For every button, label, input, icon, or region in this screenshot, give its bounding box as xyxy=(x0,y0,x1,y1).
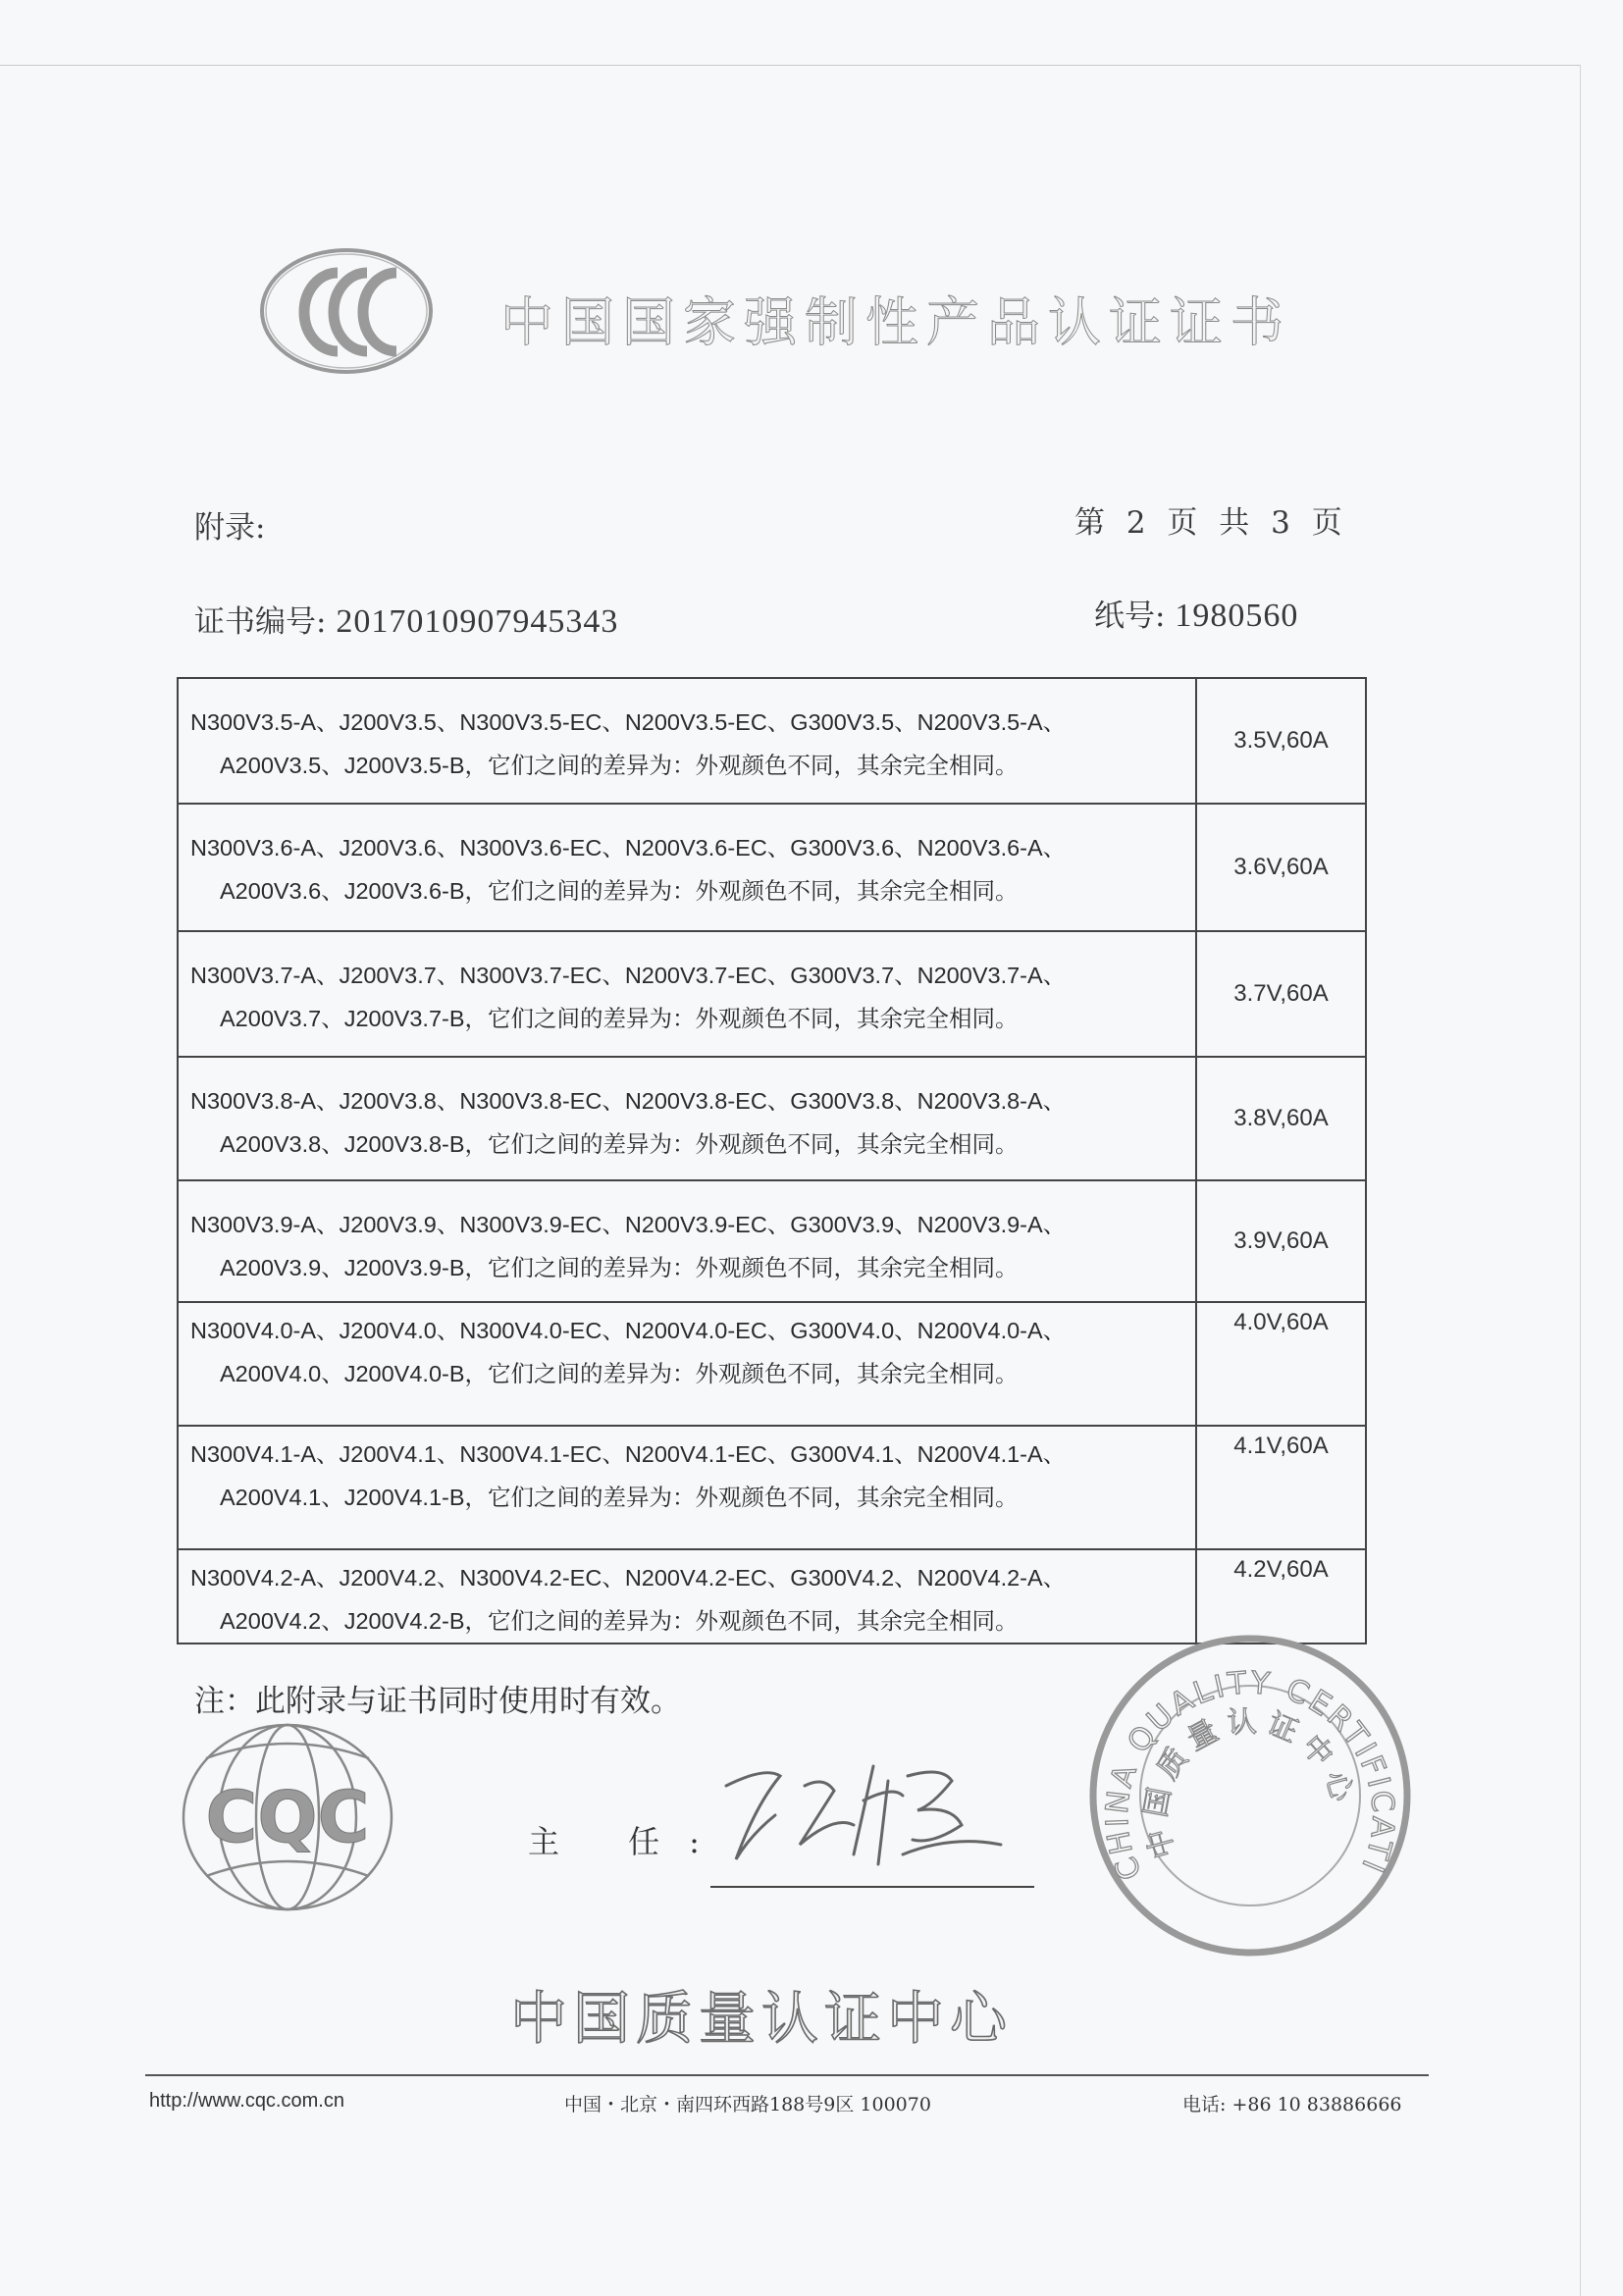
scan-border-right xyxy=(1580,65,1581,2296)
certificate-number: 证书编号: 2017010907945343 xyxy=(194,597,618,641)
paper-number: 纸号: 1980560 xyxy=(1094,591,1298,635)
cqc-logo-text: CQC xyxy=(206,1776,370,1858)
cqc-logo-icon: CQC xyxy=(177,1719,398,1915)
footer-url-link[interactable]: http://www.cqc.com.cn xyxy=(149,2090,344,2113)
organization-name: 中国质量认证中心 xyxy=(510,1972,1013,2055)
model-description-cell: N300V4.1-A、J200V4.1、N300V4.1-EC、N200V4.1… xyxy=(178,1426,1196,1549)
model-description-cell: N300V3.9-A、J200V3.9、N300V3.9-EC、N200V3.9… xyxy=(178,1180,1196,1302)
rating-cell: 4.0V,60A xyxy=(1196,1302,1366,1426)
model-list-line: N300V3.8-A、J200V3.8、N300V3.8-EC、N200V3.8… xyxy=(190,1079,1066,1122)
signature-line xyxy=(710,1886,1034,1888)
model-list-line: N300V3.9-A、J200V3.9、N300V3.9-EC、N200V3.9… xyxy=(190,1203,1066,1246)
difference-note-line: A200V4.0、J200V4.0-B，它们之间的差异为：外观颜色不同，其余完全… xyxy=(190,1352,1019,1395)
rating-cell: 3.7V,60A xyxy=(1196,931,1366,1057)
rating-cell: 3.9V,60A xyxy=(1196,1180,1366,1302)
seal-outer-text: CHINA QUALITY CERTIFICATION CENTRE xyxy=(1083,1629,1400,1885)
difference-note-line: A200V4.2、J200V4.2-B，它们之间的差异为：外观颜色不同，其余完全… xyxy=(190,1599,1019,1643)
model-description-cell: N300V3.6-A、J200V3.6、N300V3.6-EC、N200V3.6… xyxy=(178,804,1196,931)
table-row: N300V3.8-A、J200V3.8、N300V3.8-EC、N200V3.8… xyxy=(178,1057,1366,1180)
appendix-label: 附录: xyxy=(194,502,265,547)
certificate-number-value: 2017010907945343 xyxy=(336,603,618,640)
model-list-line: N300V4.0-A、J200V4.0、N300V4.0-EC、N200V4.0… xyxy=(190,1309,1066,1352)
footer-address: 中国・北京・南四环西路188号9区 100070 xyxy=(564,2090,931,2116)
table-row: N300V3.9-A、J200V3.9、N300V3.9-EC、N200V3.9… xyxy=(178,1180,1366,1302)
certificate-number-label: 证书编号: xyxy=(194,604,326,640)
paper-number-label: 纸号: xyxy=(1094,599,1165,634)
table-row: N300V3.7-A、J200V3.7、N300V3.7-EC、N200V3.7… xyxy=(178,931,1366,1057)
difference-note-line: A200V3.9、J200V3.9-B，它们之间的差异为：外观颜色不同，其余完全… xyxy=(190,1246,1019,1289)
model-list-line: N300V3.7-A、J200V3.7、N300V3.7-EC、N200V3.7… xyxy=(190,954,1066,997)
paper-number-value: 1980560 xyxy=(1175,598,1298,634)
model-list-line: N300V3.5-A、J200V3.5、N300V3.5-EC、N200V3.5… xyxy=(190,701,1066,744)
model-description-cell: N300V4.2-A、J200V4.2、N300V4.2-EC、N200V4.2… xyxy=(178,1549,1196,1644)
model-list-line: N300V3.6-A、J200V3.6、N300V3.6-EC、N200V3.6… xyxy=(190,826,1066,869)
model-description-cell: N300V3.7-A、J200V3.7、N300V3.7-EC、N200V3.7… xyxy=(178,931,1196,1057)
model-description-cell: N300V3.5-A、J200V3.5、N300V3.5-EC、N200V3.5… xyxy=(178,678,1196,804)
difference-note-line: A200V4.1、J200V4.1-B，它们之间的差异为：外观颜色不同，其余完全… xyxy=(190,1476,1019,1519)
difference-note-line: A200V3.5、J200V3.5-B，它们之间的差异为：外观颜色不同，其余完全… xyxy=(190,744,1019,787)
footer-divider xyxy=(145,2074,1429,2076)
svg-text:CHINA QUALITY CERTIFICATION CE: CHINA QUALITY CERTIFICATION CENTRE xyxy=(1083,1629,1400,1885)
rating-cell: 3.5V,60A xyxy=(1196,678,1366,804)
rating-cell: 3.6V,60A xyxy=(1196,804,1366,931)
table-row: N300V3.5-A、J200V3.5、N300V3.5-EC、N200V3.5… xyxy=(178,678,1366,804)
model-list-line: N300V4.2-A、J200V4.2、N300V4.2-EC、N200V4.2… xyxy=(190,1556,1066,1599)
table-row: N300V4.0-A、J200V4.0、N300V4.0-EC、N200V4.0… xyxy=(178,1302,1366,1426)
model-description-cell: N300V4.0-A、J200V4.0、N300V4.0-EC、N200V4.0… xyxy=(178,1302,1196,1426)
ccc-logo-icon xyxy=(257,245,436,377)
difference-note-line: A200V3.6、J200V3.6-B，它们之间的差异为：外观颜色不同，其余完全… xyxy=(190,869,1019,913)
model-description-cell: N300V3.8-A、J200V3.8、N300V3.8-EC、N200V3.8… xyxy=(178,1057,1196,1180)
rating-cell: 4.1V,60A xyxy=(1196,1426,1366,1549)
difference-note-line: A200V3.7、J200V3.7-B，它们之间的差异为：外观颜色不同，其余完全… xyxy=(190,997,1019,1040)
model-list-line: N300V4.1-A、J200V4.1、N300V4.1-EC、N200V4.1… xyxy=(190,1433,1066,1476)
page-indicator: 第 2 页 共 3 页 xyxy=(1074,497,1348,542)
model-table: N300V3.5-A、J200V3.5、N300V3.5-EC、N200V3.5… xyxy=(177,677,1367,1644)
official-seal-icon: CHINA QUALITY CERTIFICATION CENTRE 中国质量认… xyxy=(1083,1629,1417,1962)
certificate-title: 中国国家强制性产品认证证书 xyxy=(500,281,1291,356)
difference-note-line: A200V3.8、J200V3.8-B，它们之间的差异为：外观颜色不同，其余完全… xyxy=(190,1122,1019,1166)
scan-border-top xyxy=(0,65,1580,66)
footer-phone: 电话: +86 10 83886666 xyxy=(1182,2090,1402,2116)
table-row: N300V4.1-A、J200V4.1、N300V4.1-EC、N200V4.1… xyxy=(178,1426,1366,1549)
table-row: N300V3.6-A、J200V3.6、N300V3.6-EC、N200V3.6… xyxy=(178,804,1366,931)
rating-cell: 3.8V,60A xyxy=(1196,1057,1366,1180)
validity-note: 注：此附录与证书同时使用时有效。 xyxy=(194,1676,681,1720)
director-label: 主 任: xyxy=(528,1817,729,1862)
signature-icon xyxy=(707,1747,1040,1874)
